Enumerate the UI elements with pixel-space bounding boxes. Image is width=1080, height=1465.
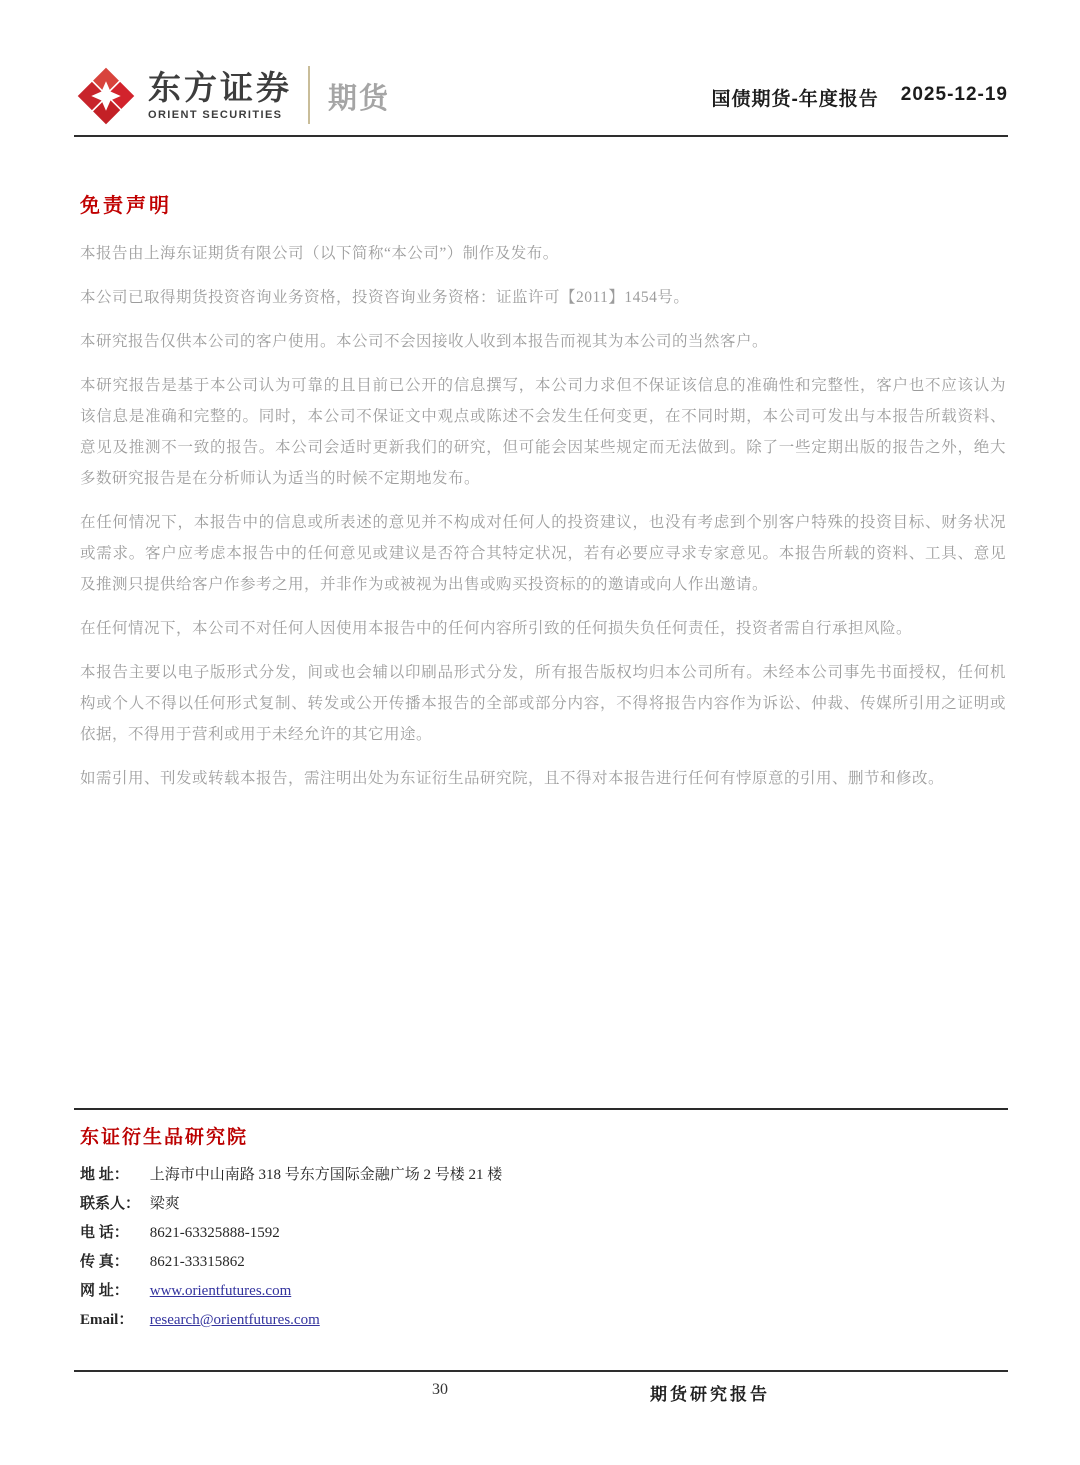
contact-value-contact-person: 梁爽 [150,1196,180,1212]
contact-label-address: 地 址： [80,1165,146,1185]
brand-block: 东方证券 ORIENT SECURITIES 期货 [74,59,390,135]
page-number: 30 [432,1381,448,1399]
brand-name-cn: 东方证券 [148,71,292,104]
disclaimer-title: 免责声明 [80,189,1006,218]
page-footer: 30 期货研究报告 [74,1370,1008,1420]
contact-section: 东证衍生品研究院 地 址： 上海市中山南路 318 号东方国际金融广场 2 号楼… [74,1108,1008,1339]
contact-label-fax: 传 真： [80,1252,146,1272]
brand-division-label: 期货 [328,76,390,117]
disclaimer-paragraph: 如需引用、刊发或转载本报告，需注明出处为东证衍生品研究院，且不得对本报告进行任何… [80,763,1006,794]
website-link[interactable]: www.orientfutures.com [150,1283,292,1299]
orient-securities-logo-icon [74,59,138,133]
report-type: 国债期货-年度报告 [711,84,878,111]
contact-label-email: Email： [80,1310,146,1330]
disclaimer-paragraph: 在任何情况下，本报告中的信息或所表述的意见并不构成对任何人的投资建议，也没有考虑… [80,507,1006,600]
brand-text: 东方证券 ORIENT SECURITIES [148,71,292,121]
contact-label-phone: 电 话： [80,1223,146,1243]
page-header: 东方证券 ORIENT SECURITIES 期货 国债期货-年度报告 2025… [74,0,1008,137]
contact-value-address: 上海市中山南路 318 号东方国际金融广场 2 号楼 21 楼 [150,1167,503,1183]
email-link[interactable]: research@orientfutures.com [150,1312,320,1328]
report-date: 2025-12-19 [901,84,1008,111]
report-meta: 国债期货-年度报告 2025-12-19 [711,84,1008,135]
brand-name-en: ORIENT SECURITIES [148,109,292,121]
contact-row-website: 网 址： www.orientfutures.com [80,1281,1002,1301]
contact-row-address: 地 址： 上海市中山南路 318 号东方国际金融广场 2 号楼 21 楼 [80,1165,1002,1185]
disclaimer-section: 免责声明 本报告由上海东证期货有限公司（以下简称“本公司”）制作及发布。 本公司… [80,139,1006,807]
contact-row-fax: 传 真： 8621-33315862 [80,1252,1002,1272]
disclaimer-paragraph: 本公司已取得期货投资咨询业务资格，投资咨询业务资格：证监许可【2011】1454… [80,282,1006,313]
contact-row-contact-person: 联系人： 梁爽 [80,1194,1002,1214]
disclaimer-paragraph: 本报告主要以电子版形式分发，间或也会辅以印刷品形式分发，所有报告版权均归本公司所… [80,657,1006,750]
contact-value-phone: 8621-63325888-1592 [150,1225,280,1241]
disclaimer-paragraph: 在任何情况下，本公司不对任何人因使用本报告中的任何内容所引致的任何损失负任何责任… [80,613,1006,644]
disclaimer-paragraph: 本研究报告仅供本公司的客户使用。本公司不会因接收人收到本报告而视其为本公司的当然… [80,326,1006,357]
disclaimer-paragraph: 本研究报告是基于本公司认为可靠的且目前已公开的信息撰写，本公司力求但不保证该信息… [80,370,1006,494]
disclaimer-paragraph: 本报告由上海东证期货有限公司（以下简称“本公司”）制作及发布。 [80,238,1006,269]
contact-value-fax: 8621-33315862 [150,1254,245,1270]
brand-divider [308,66,310,124]
contact-row-email: Email： research@orientfutures.com [80,1310,1002,1330]
contact-row-phone: 电 话： 8621-63325888-1592 [80,1223,1002,1243]
contact-label-contact-person: 联系人： [80,1194,146,1214]
contact-label-website: 网 址： [80,1281,146,1301]
footer-report-label: 期货研究报告 [650,1380,770,1405]
research-institute-title: 东证衍生品研究院 [80,1122,1008,1149]
